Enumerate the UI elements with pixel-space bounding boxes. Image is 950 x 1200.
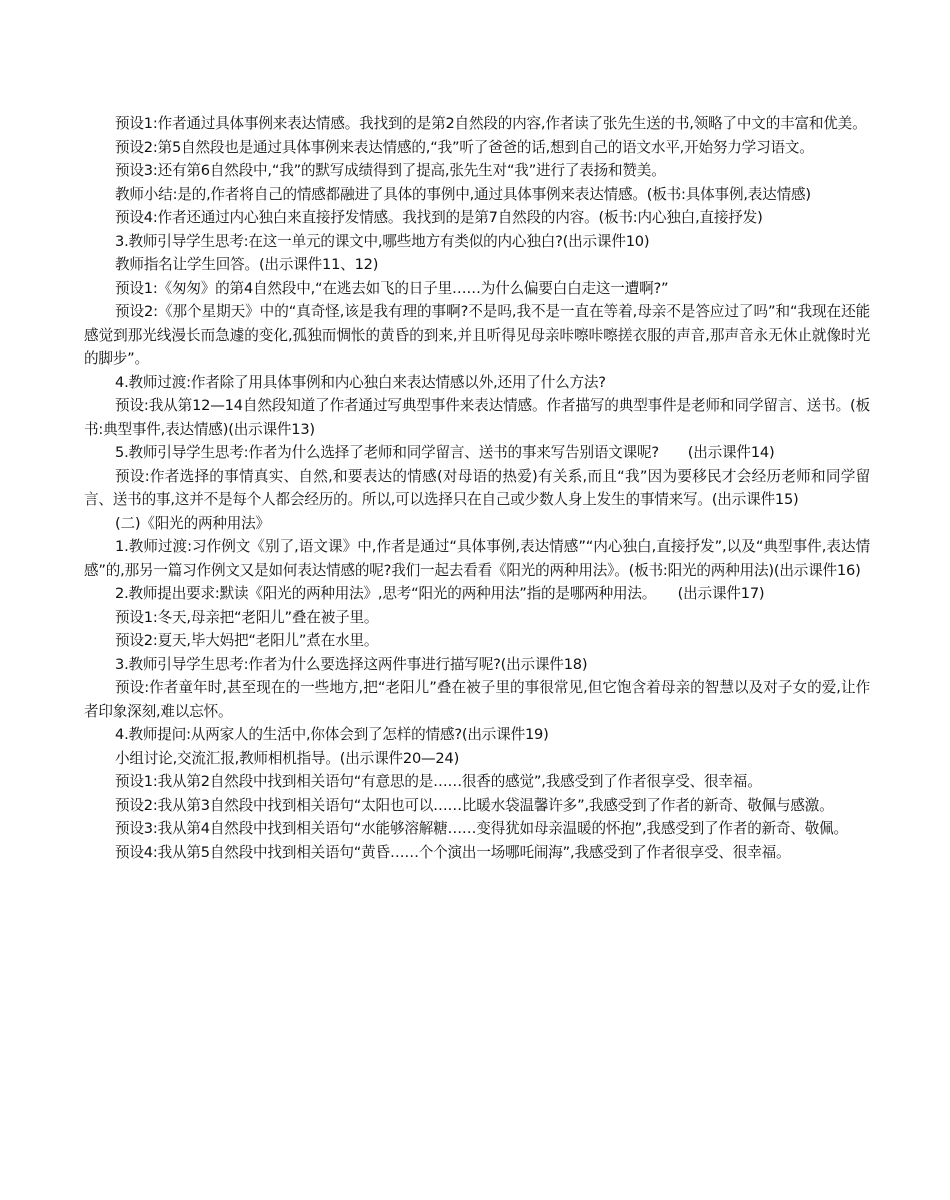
paragraph-feeling-preset-3: 预设3:我从第4自然段中找到相关语句“水能够溶解糖……变得犹如母亲温暖的怀抱”,… (84, 817, 870, 841)
paragraph-teacher-summary: 教师小结:是的,作者将自己的情感都融进了具体的事例中,通过具体事例来表达情感。(… (84, 183, 870, 207)
paragraph-step-5: 5.教师引导学生思考:作者为什么选择了老师和同学留言、送书的事来写告别语文课呢?… (84, 441, 870, 465)
paragraph-preset-4: 预设4:作者还通过内心独白来直接抒发情感。我找到的是第7自然段的内容。(板书:内… (84, 206, 870, 230)
paragraph-sunshine-step-1: 1.教师过渡:习作例文《别了,语文课》中,作者是通过“具体事例,表达情感”“内心… (84, 535, 870, 582)
paragraph-feeling-preset-1: 预设1:我从第2自然段中找到相关语句“有意思的是……很香的感觉”,我感受到了作者… (84, 770, 870, 794)
paragraph-sunshine-step-2: 2.教师提出要求:默读《阳光的两种用法》,思考“阳光的两种用法”指的是哪两种用法… (84, 582, 870, 606)
paragraph-preset-2: 预设2:第5自然段也是通过具体事例来表达情感的,“我”听了爸爸的话,想到自己的语… (84, 136, 870, 160)
paragraph-preset-reason: 预设:作者选择的事情真实、自然,和要表达的情感(对母语的热爱)有关系,而且“我”… (84, 465, 870, 512)
paragraph-step-3: 3.教师引导学生思考:在这一单元的课文中,哪些地方有类似的内心独白?(出示课件1… (84, 230, 870, 254)
paragraph-preset-3: 预设3:还有第6自然段中,“我”的默写成绩得到了提高,张先生对“我”进行了表扬和… (84, 159, 870, 183)
paragraph-group-discussion: 小组讨论,交流汇报,教师相机指导。(出示课件20—24) (84, 747, 870, 771)
paragraph-preset-congcong: 预设1:《匆匆》的第4自然段中,“在逃去如飞的日子里……为什么偏要白白走这一遭啊… (84, 277, 870, 301)
paragraph-preset-sunday: 预设2:《那个星期天》中的“真奇怪,该是我有理的事啊?不是吗,我不是一直在等着,… (84, 300, 870, 371)
paragraph-sunshine-preset-reason: 预设:作者童年时,甚至现在的一些地方,把“老阳儿”叠在被子里的事很常见,但它饱含… (84, 676, 870, 723)
paragraph-step-4: 4.教师过渡:作者除了用具体事例和内心独白来表达情感以外,还用了什么方法? (84, 371, 870, 395)
section-heading-sunshine: (二)《阳光的两种用法》 (84, 512, 870, 536)
paragraph-teacher-call: 教师指名让学生回答。(出示课件11、12) (84, 253, 870, 277)
paragraph-feeling-preset-2: 预设2:我从第3自然段中找到相关语句“太阳也可以……比暖水袋温馨许多”,我感受到… (84, 794, 870, 818)
paragraph-sunshine-step-4: 4.教师提问:从两家人的生活中,你体会到了怎样的情感?(出示课件19) (84, 723, 870, 747)
paragraph-preset-1: 预设1:作者通过具体事例来表达情感。我找到的是第2自然段的内容,作者读了张先生送… (84, 112, 870, 136)
paragraph-feeling-preset-4: 预设4:我从第5自然段中找到相关语句“黄昏……个个演出一场哪吒闹海”,我感受到了… (84, 841, 870, 865)
paragraph-sunshine-preset-1: 预设1:冬天,母亲把“老阳儿”叠在被子里。 (84, 606, 870, 630)
document-page: 预设1:作者通过具体事例来表达情感。我找到的是第2自然段的内容,作者读了张先生送… (84, 112, 870, 864)
paragraph-sunshine-preset-2: 预设2:夏天,毕大妈把“老阳儿”煮在水里。 (84, 629, 870, 653)
paragraph-sunshine-step-3: 3.教师引导学生思考:作者为什么要选择这两件事进行描写呢?(出示课件18) (84, 653, 870, 677)
paragraph-preset-typical-event: 预设:我从第12—14自然段知道了作者通过写典型事件来表达情感。作者描写的典型事… (84, 394, 870, 441)
